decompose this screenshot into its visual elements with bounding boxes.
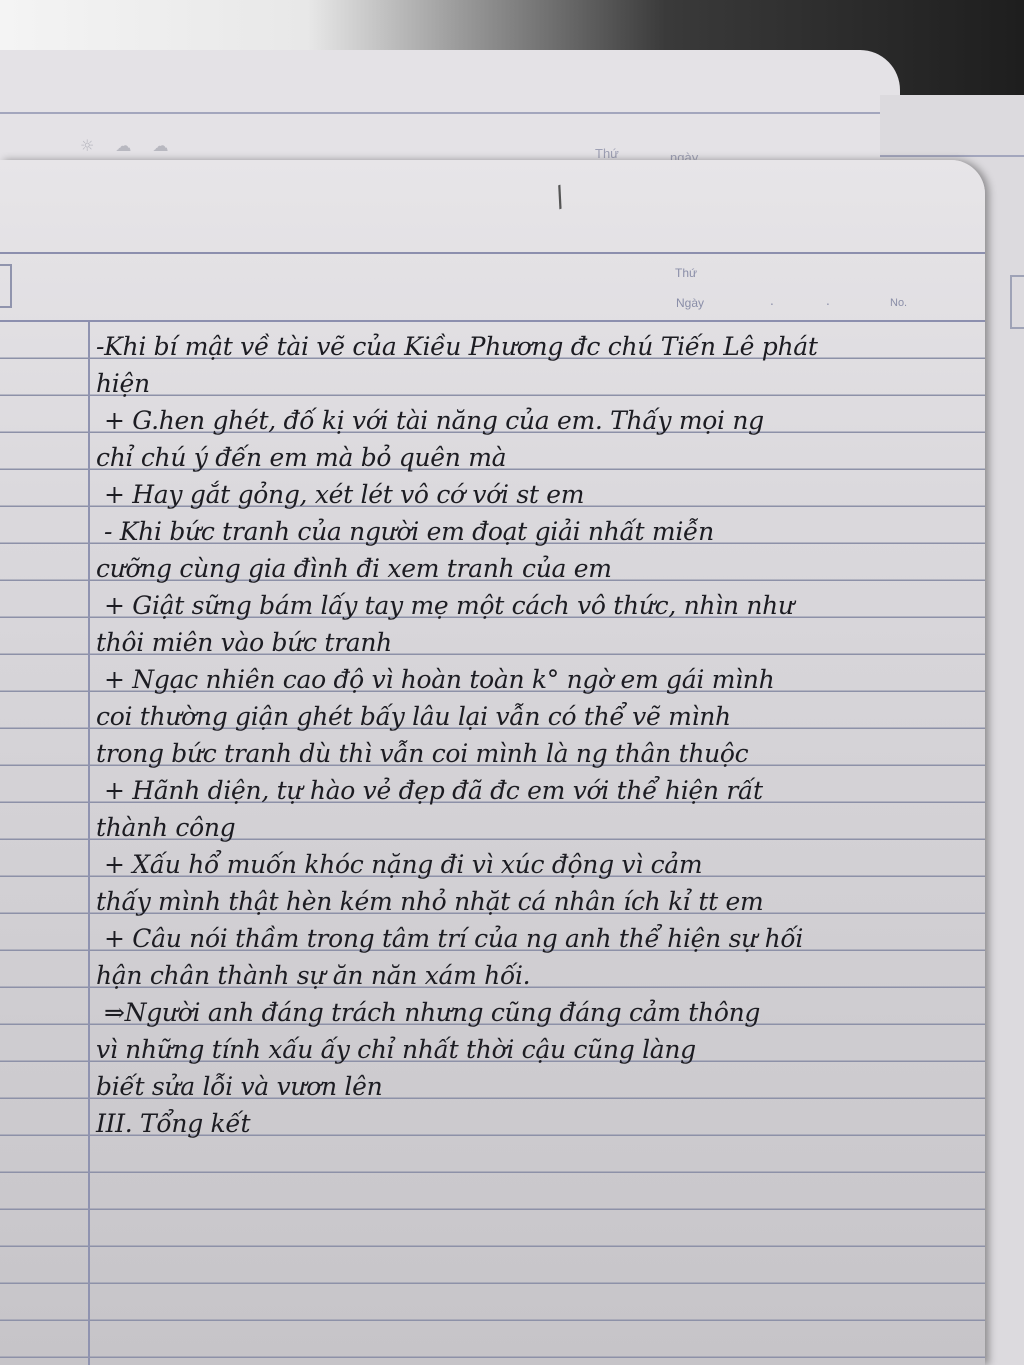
page-number-label: No. xyxy=(890,297,907,309)
back-day-label: Thứ xyxy=(595,146,619,161)
note-line: hiện xyxy=(96,365,976,402)
conclusion-line: ⇒Người anh đáng trách nhưng cũng đáng cả… xyxy=(96,994,976,1031)
date-separator: . xyxy=(770,294,774,308)
note-line: + Hãnh diện, tự hào vẻ đẹp đã đc em với … xyxy=(96,772,976,809)
conclusion-line: biết sửa lỗi và vươn lên xyxy=(96,1068,976,1105)
margin-line xyxy=(88,322,90,1365)
note-line: + Xấu hổ muốn khóc nặng đi vì xúc động v… xyxy=(96,846,976,883)
note-line: + Hay gắt gỏng, xét lét vô cớ với st em xyxy=(96,476,976,513)
note-line: thấy mình thật hèn kém nhỏ nhặt cá nhân … xyxy=(96,883,976,920)
handwritten-notes: -Khi bí mật về tài vẽ của Kiều Phương đc… xyxy=(96,328,976,1142)
note-line: cưỡng cùng gia đình đi xem tranh của em xyxy=(96,550,976,587)
note-line: + G.hen ghét, đố kị với tài năng của em.… xyxy=(96,402,976,439)
note-line: + Ngạc nhiên cao độ vì hoàn toàn k° ngờ … xyxy=(96,661,976,698)
note-line: trong bức tranh dù thì vẫn coi mình là n… xyxy=(96,735,976,772)
weather-icons: ☼ ☁ ☁ xyxy=(80,136,177,155)
check-mark-icon: / xyxy=(550,179,570,213)
note-line: -Khi bí mật về tài vẽ của Kiều Phương đc… xyxy=(96,328,976,365)
note-line: coi thường giận ghét bấy lâu lại vẫn có … xyxy=(96,698,976,735)
section-heading: III. Tổng kết xyxy=(96,1105,976,1142)
date-separator: . xyxy=(826,294,830,308)
note-line: chỉ chú ý đến em mà bỏ quên mà xyxy=(96,439,976,476)
page-corner-box xyxy=(1010,275,1024,329)
note-line: - Khi bức tranh của người em đoạt giải n… xyxy=(96,513,976,550)
note-line: thành công xyxy=(96,809,976,846)
date-label: Ngày xyxy=(676,296,704,310)
notebook-page: / Thứ Ngày . . No. -Khi bí mật về tài vẽ… xyxy=(0,160,985,1365)
page-rule xyxy=(0,112,880,114)
note-line: + Giật sững bám lấy tay mẹ một cách vô t… xyxy=(96,587,976,624)
header-rule xyxy=(0,252,985,254)
note-line: + Câu nói thầm trong tâm trí của ng anh … xyxy=(96,920,976,957)
note-line: hận chân thành sự ăn năn xám hối. xyxy=(96,957,976,994)
header-box xyxy=(0,264,12,308)
conclusion-line: vì những tính xấu ấy chỉ nhất thời cậu c… xyxy=(96,1031,976,1068)
note-line: thôi miên vào bức tranh xyxy=(96,624,976,661)
day-label: Thứ xyxy=(675,266,697,280)
page-rule xyxy=(880,155,1024,157)
